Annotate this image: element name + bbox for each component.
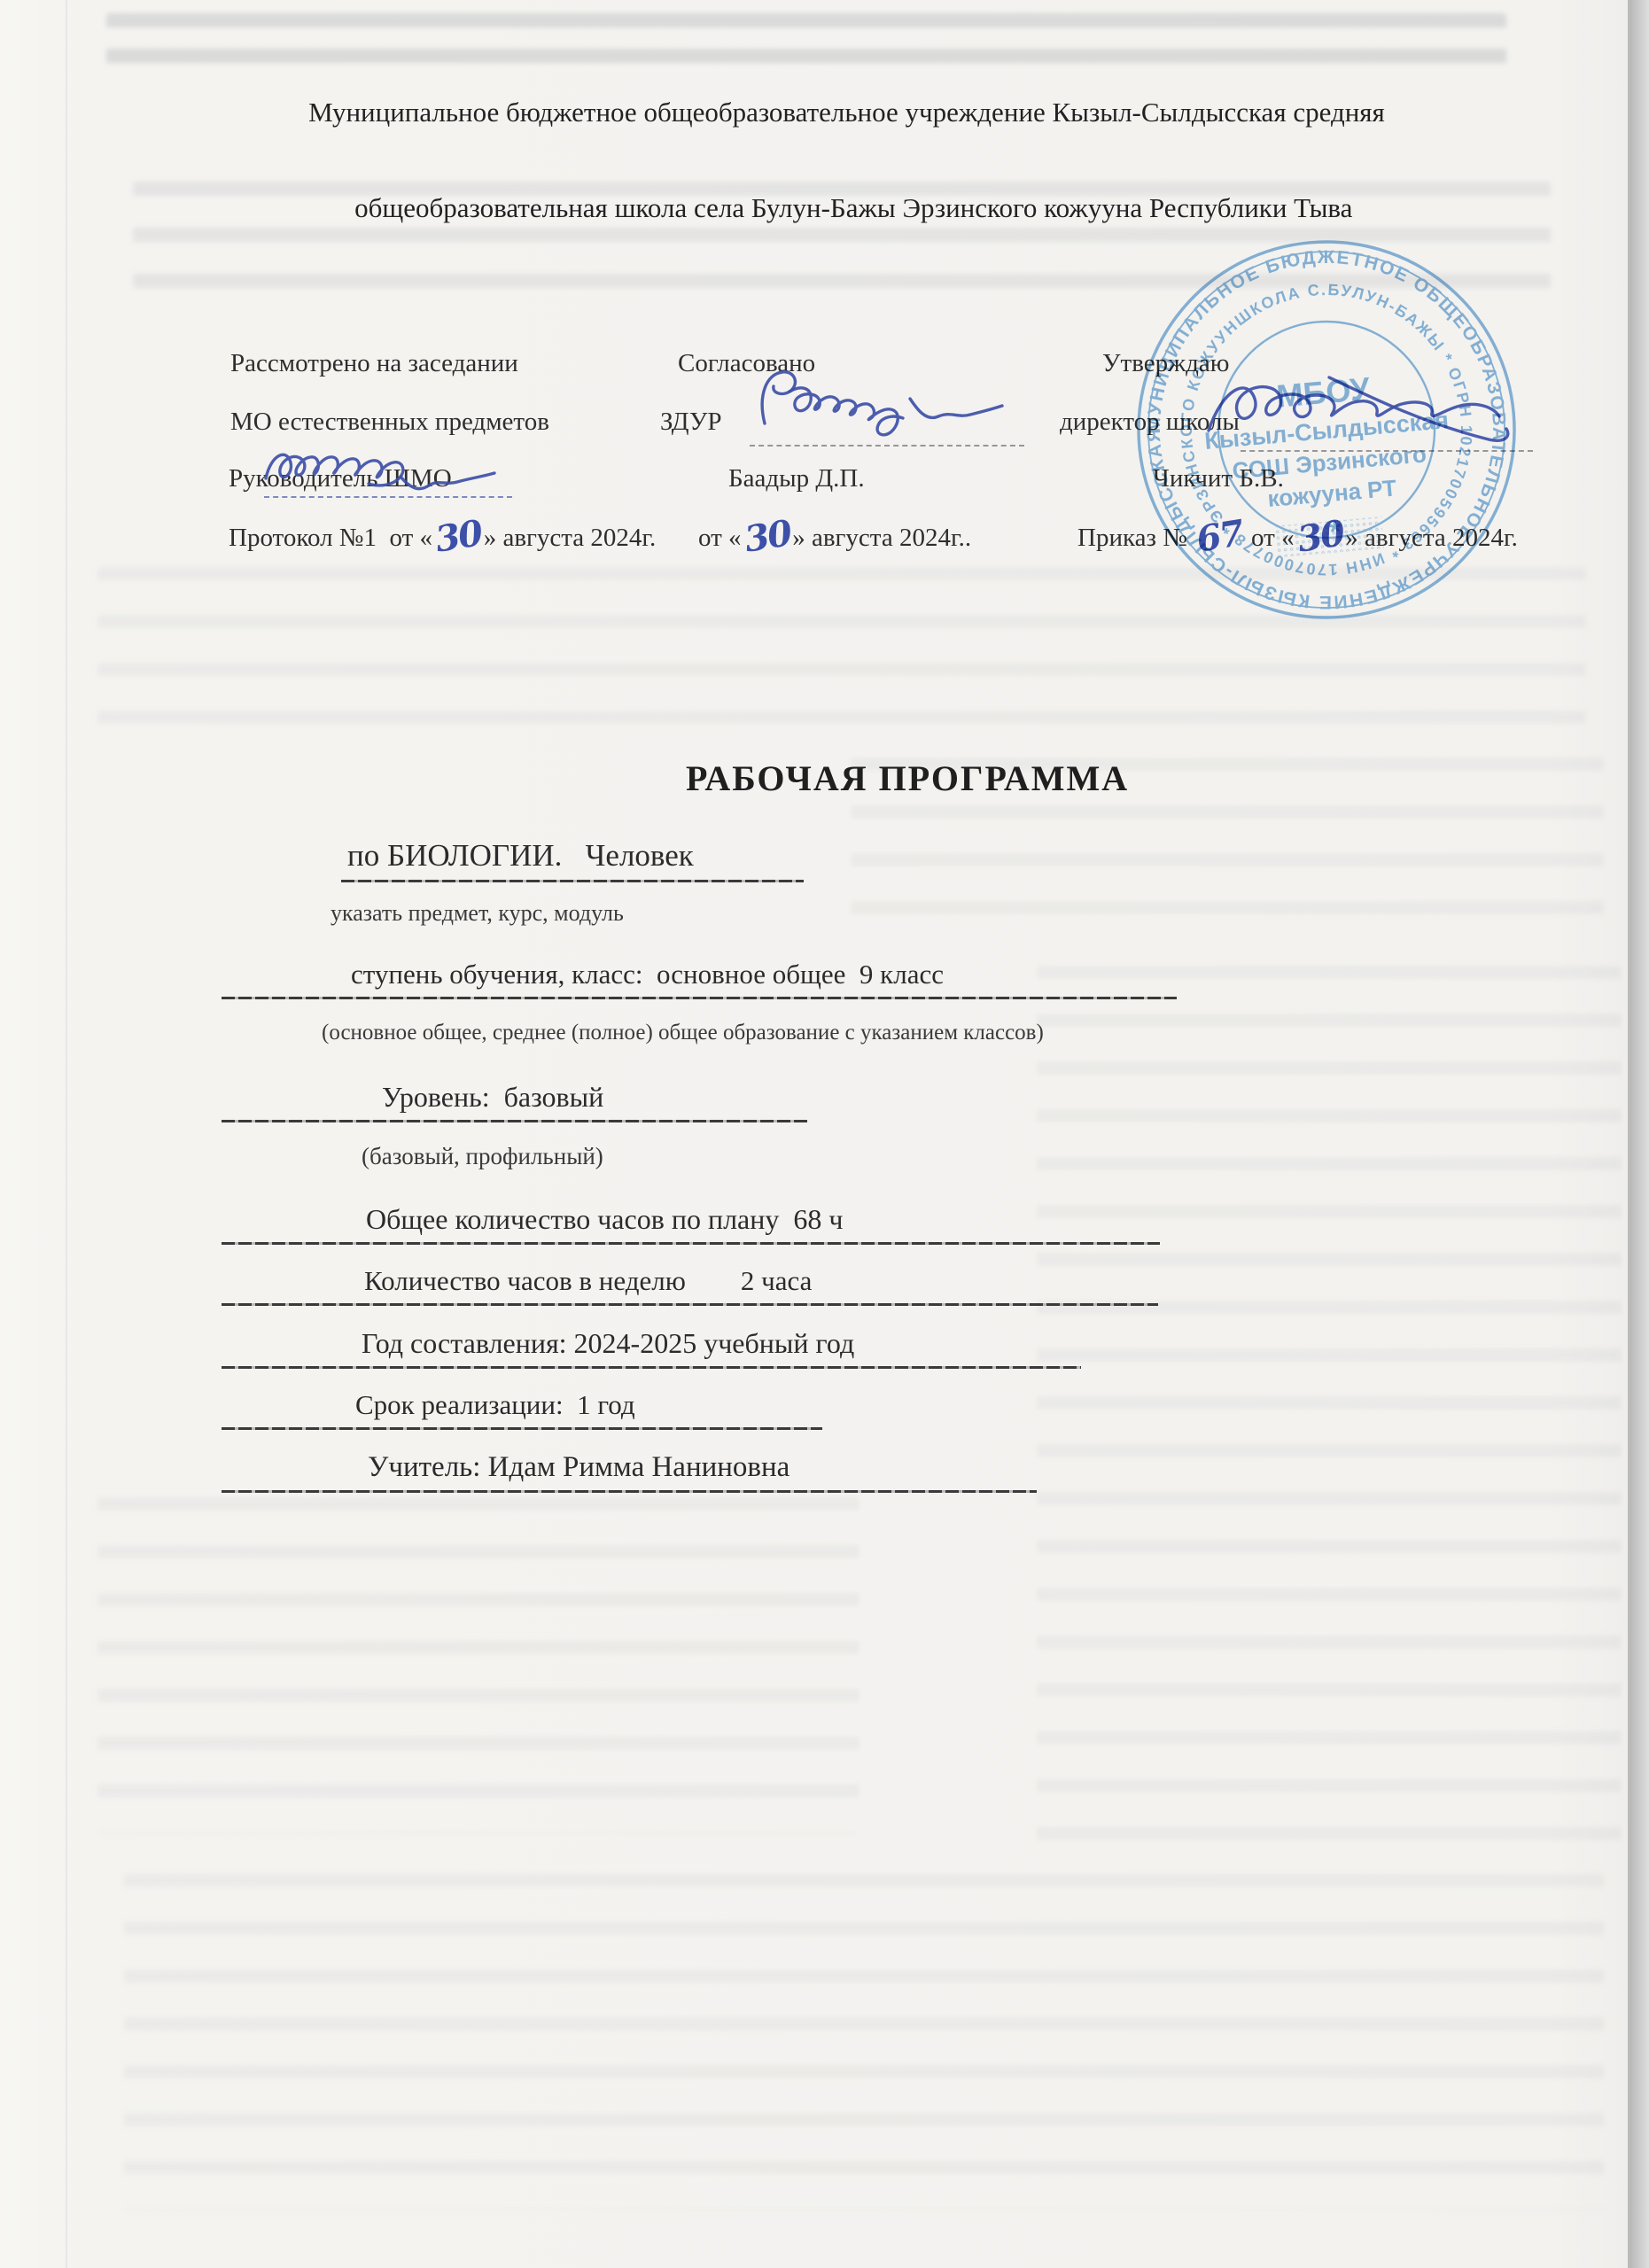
level-hint: (базовый, профильный) bbox=[362, 1143, 603, 1170]
reviewed-body: МО естественных предметов bbox=[230, 408, 549, 437]
scan-left-edge bbox=[66, 0, 67, 2268]
bleedthrough-ghost bbox=[97, 1497, 860, 1834]
subject-line: по БИОЛОГИИ. Человек bbox=[341, 838, 804, 882]
reviewed-title: Рассмотрено на заседании bbox=[230, 349, 518, 378]
page-title: РАБОЧАЯ ПРОГРАММА bbox=[686, 757, 1129, 799]
signature-zdur bbox=[749, 361, 1015, 450]
school-header-line2: общеобразовательная школа села Булун-Баж… bbox=[354, 192, 1352, 223]
level-line: Уровень: базовый bbox=[222, 1081, 807, 1122]
stamp-abbr: МБОУ bbox=[1275, 370, 1372, 415]
school-header-line1: Муниципальное бюджетное общеобразователь… bbox=[308, 97, 1385, 128]
duration-line: Срок реализации: 1 год bbox=[222, 1389, 822, 1430]
agreed-name: Баадыр Д.П. bbox=[728, 464, 865, 493]
agreed-role-label: ЗДУР bbox=[660, 408, 722, 437]
bleedthrough-ghost bbox=[106, 13, 1506, 81]
protocol-suffix: » августа 2024г. bbox=[484, 524, 657, 552]
bleedthrough-ghost bbox=[124, 1874, 1604, 2210]
year-line: Год составления: 2024-2025 учебный год bbox=[222, 1327, 1081, 1369]
protocol-line: Протокол №1 от «30» августа 2024г. bbox=[229, 524, 656, 553]
stamp-name-line3: кожууна РТ bbox=[1266, 474, 1397, 512]
school-header: Муниципальное бюджетное общеобразователь… bbox=[0, 89, 1649, 232]
handwritten-day: 30 bbox=[436, 533, 481, 540]
signature-line-shmo bbox=[264, 496, 512, 498]
scanned-document-page: Муниципальное бюджетное общеобразователь… bbox=[0, 0, 1649, 2268]
school-stamp: МУНИЦИПАЛЬНОЕ БЮДЖЕТНОЕ ОБЩЕОБРАЗОВАТЕЛЬ… bbox=[1101, 204, 1552, 655]
protocol-prefix: Протокол №1 от « bbox=[229, 524, 432, 552]
agreed-date-line: от «30» августа 2024г.. bbox=[698, 524, 971, 553]
teacher-line: Учитель: Идам Римма Наниновна bbox=[222, 1451, 1037, 1493]
agreed-date-prefix: от « bbox=[698, 524, 742, 552]
hours-week-line: Количество часов в неделю 2 часа bbox=[222, 1265, 1158, 1306]
stage-line: ступень обучения, класс: основное общее … bbox=[222, 959, 1177, 999]
stamp-hatch bbox=[1275, 517, 1384, 557]
agreed-date-suffix: » августа 2024г.. bbox=[792, 524, 971, 552]
hours-total-line: Общее количество часов по плану 68 ч bbox=[222, 1203, 1160, 1245]
handwritten-day: 30 bbox=[744, 533, 789, 540]
scan-right-edge bbox=[1630, 0, 1649, 2268]
stage-hint: (основное общее, среднее (полное) общее … bbox=[322, 1021, 1044, 1045]
bleedthrough-ghost bbox=[1037, 966, 1622, 1869]
subject-hint: указать предмет, курс, модуль bbox=[331, 900, 624, 927]
stamp-outer-ring-text: МУНИЦИПАЛЬНОЕ БЮДЖЕТНОЕ ОБЩЕОБРАЗОВАТЕЛЬ… bbox=[1101, 244, 1513, 652]
svg-text:МУНИЦИПАЛЬНОЕ БЮДЖЕТНОЕ ОБЩЕОБ: МУНИЦИПАЛЬНОЕ БЮДЖЕТНОЕ ОБЩЕОБРАЗОВАТЕЛЬ… bbox=[1101, 244, 1513, 652]
